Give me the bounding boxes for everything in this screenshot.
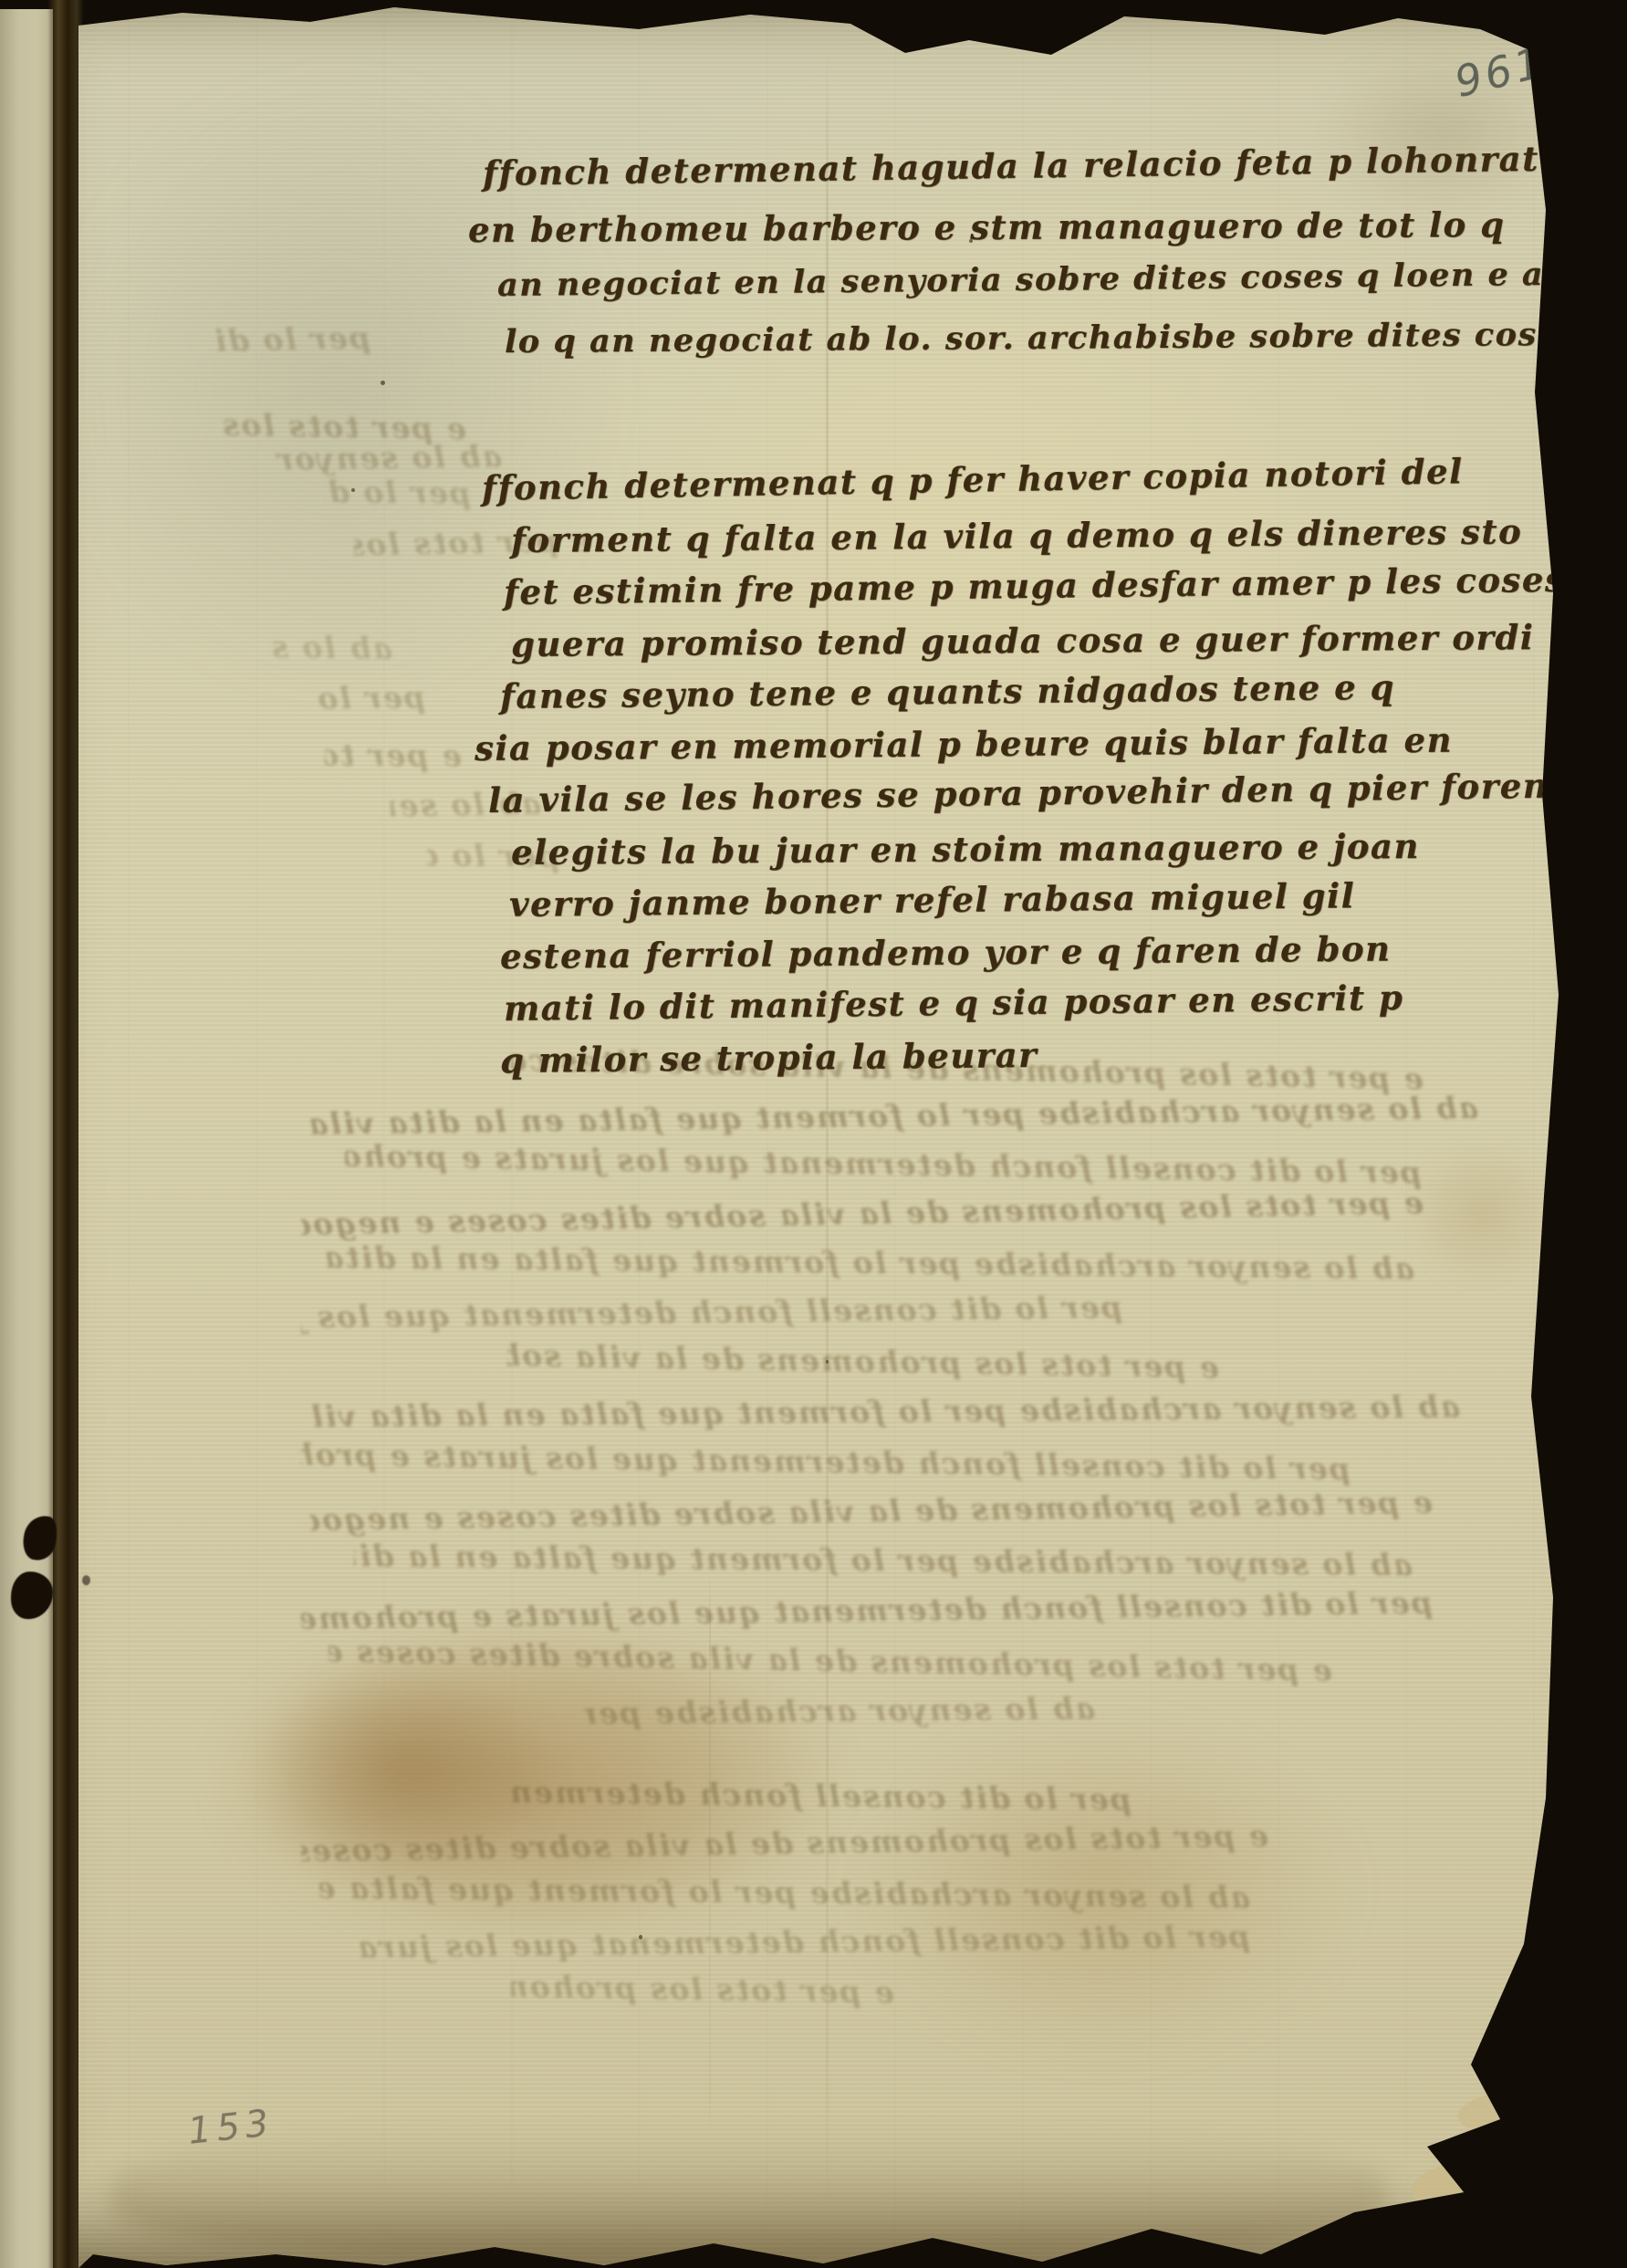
ink-blot: [82, 1575, 90, 1585]
manuscript-line: fet estimin fre pame p muga desfar amer …: [504, 559, 1566, 612]
manuscript-line: en berthomeu barbero e stm managuero de …: [468, 204, 1506, 250]
manuscript-line: fanes seyno tene e quants nidgados tene …: [500, 667, 1395, 716]
bleedthrough-line: e per tots los prohomens de la vila sobr…: [310, 1484, 1433, 1537]
bleedthrough-line: per lo dit consell fonch determenat que …: [301, 1584, 1433, 1636]
torn-paper-flap: [1408, 2144, 1525, 2222]
bleedthrough-line: ab lo senyor archabisbe per lo forment q…: [310, 1389, 1460, 1435]
bleedthrough-line: e per tots los prohomens de la vila sobr…: [301, 1185, 1424, 1242]
adjacent-page-edge: [0, 9, 53, 2268]
manuscript-line: q milor se tropia la beurar: [500, 1035, 1038, 1081]
bleedthrough-line: ab lo senyor archabisbe per lo forment q…: [584, 1690, 1095, 1731]
bleedthrough-line: per lo dit consell fonch determenat que …: [325, 474, 471, 511]
manuscript-line: sia posar en memorial p beure quis blar …: [475, 720, 1453, 768]
manuscript-line: ffonch determenat q p fer haver copia no…: [482, 451, 1464, 508]
bleedthrough-line: e per tots los prohomens de la vila sobr…: [329, 1633, 1333, 1688]
bleedthrough-line: per lo dit consell fonch determenat que …: [301, 1290, 1122, 1335]
bleedthrough-line: e per tots los prohomens de la vila sobr…: [301, 1818, 1268, 1869]
bleedthrough-line: ab lo senyor archabisbe per lo forment q…: [274, 629, 393, 666]
folio-number-pencil: 153: [186, 2102, 276, 2153]
bleedthrough-line: ab lo senyor archabisbe per lo forment q…: [354, 1538, 1413, 1583]
bleedthrough-line: ab lo senyor archabisbe per lo forment q…: [301, 1090, 1478, 1142]
bleedthrough-line: e per tots los prohomens de la vila sobr…: [325, 737, 462, 773]
ink-speck: [381, 381, 385, 385]
bleedthrough-line: ab lo senyor archabisbe per lo forment q…: [274, 438, 503, 476]
manuscript-line: ffonch determenat haguda la relacio feta…: [483, 139, 1539, 193]
manuscript-line: forment q falta en la vila q demo q els …: [511, 511, 1522, 560]
manuscript-line: lo q an negociat ab lo. sor. archabisbe …: [505, 316, 1579, 361]
bleedthrough-line: e per tots los prohomens de la vila sobr…: [511, 1969, 895, 2011]
bleedthrough-line: per lo dit consell fonch determenat que …: [345, 1138, 1422, 1191]
bleedthrough-line: per lo dit consell fonch determenat que …: [356, 1918, 1250, 1965]
bleedthrough-line: per lo dit consell fonch determenat que …: [307, 679, 425, 716]
bleedthrough-line: e per tots los prohomens de la vila sobr…: [507, 1337, 1220, 1385]
bleedthrough-line: per lo dit consell fonch determenat que …: [301, 1437, 1351, 1487]
scan-background: { "page": { "archive_page_number": "961"…: [0, 0, 1627, 2268]
torn-paper-flap: [1455, 2085, 1517, 2137]
bleedthrough-line: ab lo senyor archabisbe per lo forment q…: [319, 1239, 1414, 1287]
bleedthrough-line: ab lo senyor archabisbe per lo forment q…: [319, 1870, 1250, 1916]
stain-bottom-edge: [110, 2127, 1387, 2263]
manuscript-line: elegits la bu juar en stoim managuero e …: [511, 826, 1420, 873]
manuscript-line: mati lo dit manifest e q sia posar en es…: [504, 977, 1404, 1029]
bleedthrough-line: per lo dit consell fonch determenat que …: [215, 319, 371, 359]
page-number-pencil: 961: [1450, 37, 1550, 108]
stain-top-right: [1314, 46, 1570, 219]
manuscript-page: per lo dit consell fonch determenat que …: [0, 0, 1627, 2268]
manuscript-line: la vila se les hores se pora provehir de…: [488, 766, 1549, 820]
manuscript-line: estena ferriol pandemo yor e q faren de …: [500, 928, 1392, 977]
stain-right-middle: [1405, 1141, 1560, 1287]
manuscript-line: guera promiso tend guada cosa e guer for…: [511, 617, 1535, 664]
bleedthrough-line: per lo dit consell fonch determenat que …: [511, 1774, 1132, 1817]
manuscript-line: verro janme boner refel rabasa miguel gi…: [509, 875, 1356, 925]
manuscript-line: an negociat en la senyoria sobre dites c…: [497, 255, 1609, 304]
